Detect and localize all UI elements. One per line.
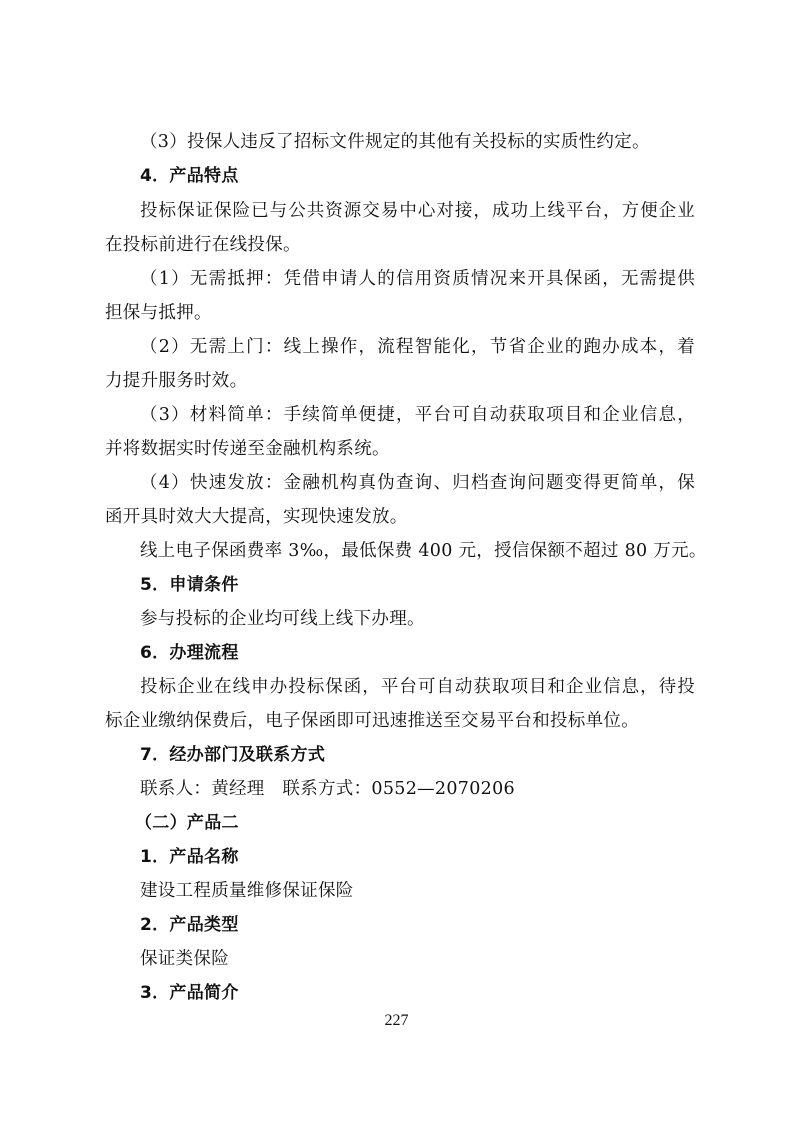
page-number: 227 — [0, 1012, 793, 1030]
document-page: （3）投保人违反了招标文件规定的其他有关投标的实质性约定。 4．产品特点 投标保… — [0, 0, 793, 1122]
clause-3-violation: （3）投保人违反了招标文件规定的其他有关投标的实质性约定。 — [140, 131, 695, 153]
paragraph-process: 投标企业在线申办投标保函，平台可自动获取项目和企业信息，待投 — [140, 676, 695, 698]
feature-no-visit-cont: 力提升服务时效。 — [105, 370, 695, 392]
paragraph-process-cont: 标企业缴纳保费后，电子保函即可迅速推送至交易平台和投标单位。 — [105, 710, 695, 732]
paragraph-product-type: 保证类保险 — [140, 948, 695, 970]
heading-product-features: 4．产品特点 — [140, 165, 730, 187]
paragraph-features-intro: 投标保证保险已与公共资源交易中心对接，成功上线平台，方便企业 — [140, 200, 695, 222]
heading-product-two: （二）产品二 — [135, 812, 725, 834]
feature-no-collateral: （1）无需抵押：凭借申请人的信用资质情况来开具保函，无需提供 — [140, 268, 695, 290]
feature-simple-materials-cont: 并将数据实时传递至金融机构系统。 — [105, 438, 695, 460]
feature-no-collateral-cont: 担保与抵押。 — [105, 302, 695, 324]
heading-product-name: 1．产品名称 — [140, 846, 730, 868]
heading-process: 6．办理流程 — [140, 642, 730, 664]
feature-simple-materials: （3）材料简单：手续简单便捷，平台可自动获取项目和企业信息， — [140, 404, 695, 426]
paragraph-product-name: 建设工程质量维修保证保险 — [140, 880, 695, 902]
paragraph-contact: 联系人：黄经理 联系方式：0552—2070206 — [140, 778, 695, 800]
heading-product-intro: 3．产品简介 — [140, 982, 730, 1004]
feature-fast-issuance-cont: 函开具时效大大提高，实现快速发放。 — [105, 506, 695, 528]
heading-product-type: 2．产品类型 — [140, 914, 730, 936]
feature-no-visit: （2）无需上门：线上操作，流程智能化，节省企业的跑办成本，着 — [140, 336, 695, 358]
heading-application-conditions: 5．申请条件 — [140, 574, 730, 596]
heading-contact: 7．经办部门及联系方式 — [140, 744, 730, 766]
feature-fast-issuance: （4）快速发放：金融机构真伪查询、归档查询问题变得更简单，保 — [140, 472, 695, 494]
paragraph-features-intro-cont: 在投标前进行在线投保。 — [105, 234, 695, 256]
paragraph-fee-rate: 线上电子保函费率 3‰，最低保费 400 元，授信保额不超过 80 万元。 — [140, 540, 695, 562]
paragraph-application-conditions: 参与投标的企业均可线上线下办理。 — [140, 608, 695, 630]
